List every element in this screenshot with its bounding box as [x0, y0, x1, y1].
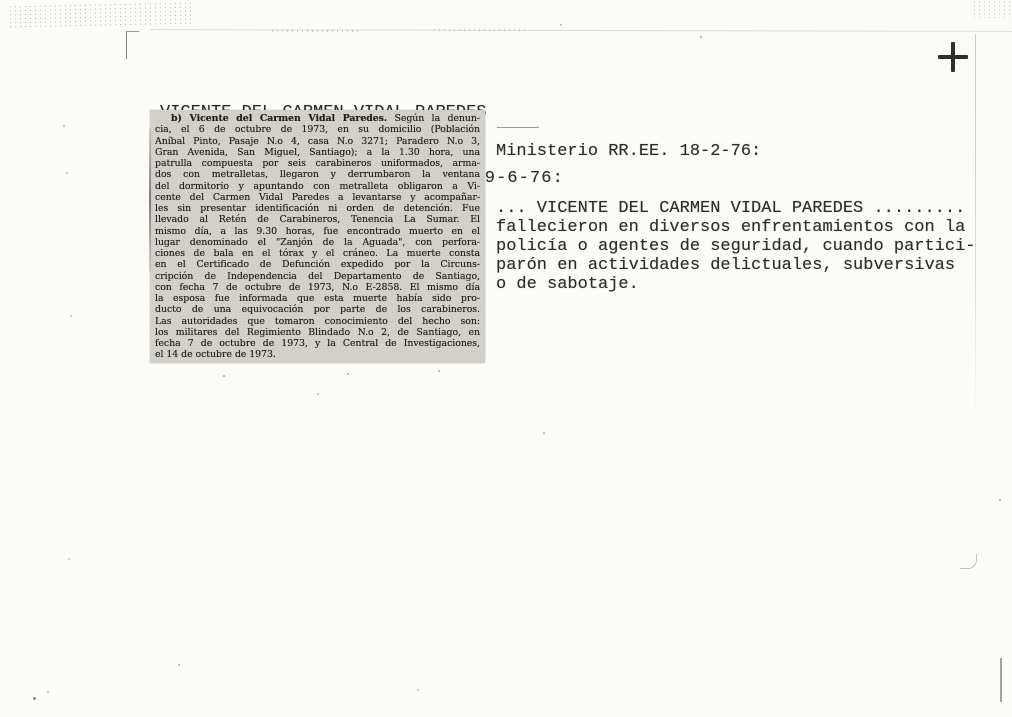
noise-speck: [417, 689, 419, 691]
clipping-text: les sin presentar identificación ni orde…: [155, 203, 480, 214]
clipping-text: cente del Carmen Vidal Paredes a levanta…: [155, 192, 480, 203]
noise-speck: [317, 393, 319, 395]
scanned-document-page: { "header": { "line1_pre": "VICENTE DEL …: [0, 0, 1012, 717]
clipping-text-line: cripción de Independencia del Departamen…: [155, 271, 480, 282]
corner-bracket-mark: [126, 31, 139, 59]
clipping-text: con fecha 7 de octubre de 1973, N.o E-28…: [155, 282, 480, 293]
clipping-text: Aníbal Pinto, Pasaje N.o 4, casa N.o 327…: [155, 136, 480, 147]
noise-speck: [438, 370, 440, 372]
noise-speck: [178, 664, 180, 666]
ministry-block: Ministerio RR.EE. 18-2-76: ... VICENTE D…: [496, 104, 975, 313]
noise-speck: [66, 172, 68, 174]
clipping-text-line: del dormitorio y apuntando con metrallet…: [155, 181, 480, 192]
noise-patch-top-right: [972, 0, 1012, 18]
scan-squiggle-mark: [960, 554, 977, 569]
clipping-text-line: ciones de bala en el tórax y el cráneo. …: [155, 248, 480, 259]
clipping-text-line: patrulla compuesta por seis carabineros …: [155, 158, 480, 169]
noise-speck: [999, 499, 1001, 501]
clipping-text-line: cente del Carmen Vidal Paredes a levanta…: [155, 192, 480, 203]
clipping-text-line: ducto de una equivocación por parte de l…: [155, 304, 480, 315]
clipping-text: cripción de Independencia del Departamen…: [155, 271, 480, 282]
registration-cross-mark: [938, 42, 968, 72]
clipping-text-line: Gran Avenida, San Miguel, Santiago); a l…: [155, 147, 480, 158]
noise-speck: [223, 375, 225, 377]
clipping-text: Gran Avenida, San Miguel,: [155, 147, 309, 158]
clipping-text-line: Aníbal Pinto, Pasaje N.o 4, casa N.o 327…: [155, 136, 480, 147]
clipping-text-line: en el Certificado de Defunción expedido …: [155, 259, 480, 270]
clipping-text: Según la denun-: [387, 113, 480, 124]
clipping-text-line: b) Vicente del Carmen Vidal Paredes. Seg…: [155, 113, 480, 124]
clipping-text-line: les sin presentar identificación ni orde…: [155, 203, 480, 214]
clipping-text: del dormitorio y apuntando con metrallet…: [155, 181, 480, 192]
clipping-underlined-text: Santiago): [309, 147, 354, 158]
clipping-text: los militares del Regimiento Blindado N.…: [155, 327, 480, 338]
clipping-bold-lead: b) Vicente del Carmen Vidal Paredes.: [171, 113, 387, 124]
noise-speck: [70, 315, 72, 317]
cross-vertical-bar: [951, 42, 955, 72]
clipping-text: en el Certificado de Defunción expedido …: [155, 259, 480, 270]
clipping-text: ducto de una equivocación por parte de l…: [155, 304, 480, 315]
clipping-text: mismo día, a las 9.30 horas, fue encontr…: [155, 226, 480, 237]
noise-speck: [543, 432, 545, 434]
clipping-text: ciones de bala en el tórax y el cráneo. …: [155, 248, 480, 259]
typewritten-line: o de sabotaje.: [496, 275, 975, 294]
noise-speck: [47, 691, 49, 693]
noise-patch-top-left: [8, 1, 193, 30]
clipping-text: Las autoridades que tomaron conocimiento…: [155, 316, 480, 327]
noise-speck: [68, 558, 70, 560]
faint-vertical-scanline-right: [975, 34, 976, 422]
typewritten-line: parón en actividades delictuales, subver…: [496, 256, 975, 275]
clipping-text: la esposa fue informada que esta muerte …: [155, 293, 480, 304]
short-vertical-line-bottom-right: [1000, 658, 1002, 702]
clipping-text-line: lugar denominado el "Zanjón de la Aguada…: [155, 237, 480, 248]
clipping-text: patrulla compuesta por seis carabineros …: [155, 158, 480, 169]
clipping-text: el 14 de octubre de 1973.: [155, 349, 276, 360]
clipping-text-line: los militares del Regimiento Blindado N.…: [155, 327, 480, 338]
clipping-text-line: Las autoridades que tomaron conocimiento…: [155, 316, 480, 327]
clipping-text-line: con fecha 7 de octubre de 1973, N.o E-28…: [155, 282, 480, 293]
clipping-text: cia, el 6 de octubre de 1973, en su domi…: [155, 124, 480, 135]
newspaper-clipping: b) Vicente del Carmen Vidal Paredes. Seg…: [150, 110, 485, 363]
clipping-text: dos con metralletas, llegaron y derrumba…: [155, 169, 480, 180]
clipping-text-line: la esposa fue informada que esta muerte …: [155, 293, 480, 304]
clipping-text-line: llevado al Retén de Carabineros, Tenenci…: [155, 214, 480, 225]
clipping-text-line: mismo día, a las 9.30 horas, fue encontr…: [155, 226, 480, 237]
noise-speck: [700, 36, 702, 38]
typewritten-line: ... VICENTE DEL CARMEN VIDAL PAREDES ...…: [496, 199, 975, 218]
typewritten-line: fallecieron en diversos enfrentamientos …: [496, 218, 975, 237]
clipping-text-line: fecha 7 de octubre de 1973, y la Central…: [155, 338, 480, 349]
noise-speck: [33, 697, 36, 700]
clipping-text: ; a la 1.30 hora, una: [354, 147, 480, 158]
typewritten-line: policía o agentes de seguridad, cuando p…: [496, 237, 975, 256]
noise-speck: [63, 125, 65, 127]
clipping-text: llevado al Retén de Carabineros, Tenenci…: [155, 214, 480, 225]
ministry-body: ... VICENTE DEL CARMEN VIDAL PAREDES ...…: [496, 199, 975, 294]
ministry-heading: Ministerio RR.EE. 18-2-76:: [496, 142, 975, 161]
clipping-text-line: el 14 de octubre de 1973.: [155, 349, 480, 360]
clipping-text-line: dos con metralletas, llegaron y derrumba…: [155, 169, 480, 180]
clipping-text: lugar denominado el "Zanjón de la Aguada…: [155, 237, 480, 248]
noise-speck: [347, 373, 349, 375]
clipping-text-line: cia, el 6 de octubre de 1973, en su domi…: [155, 124, 480, 135]
ministry-heading-underline-mark: [497, 127, 539, 128]
noise-speck: [560, 24, 562, 26]
clipping-text: fecha 7 de octubre de 1973, y la Central…: [155, 338, 480, 349]
